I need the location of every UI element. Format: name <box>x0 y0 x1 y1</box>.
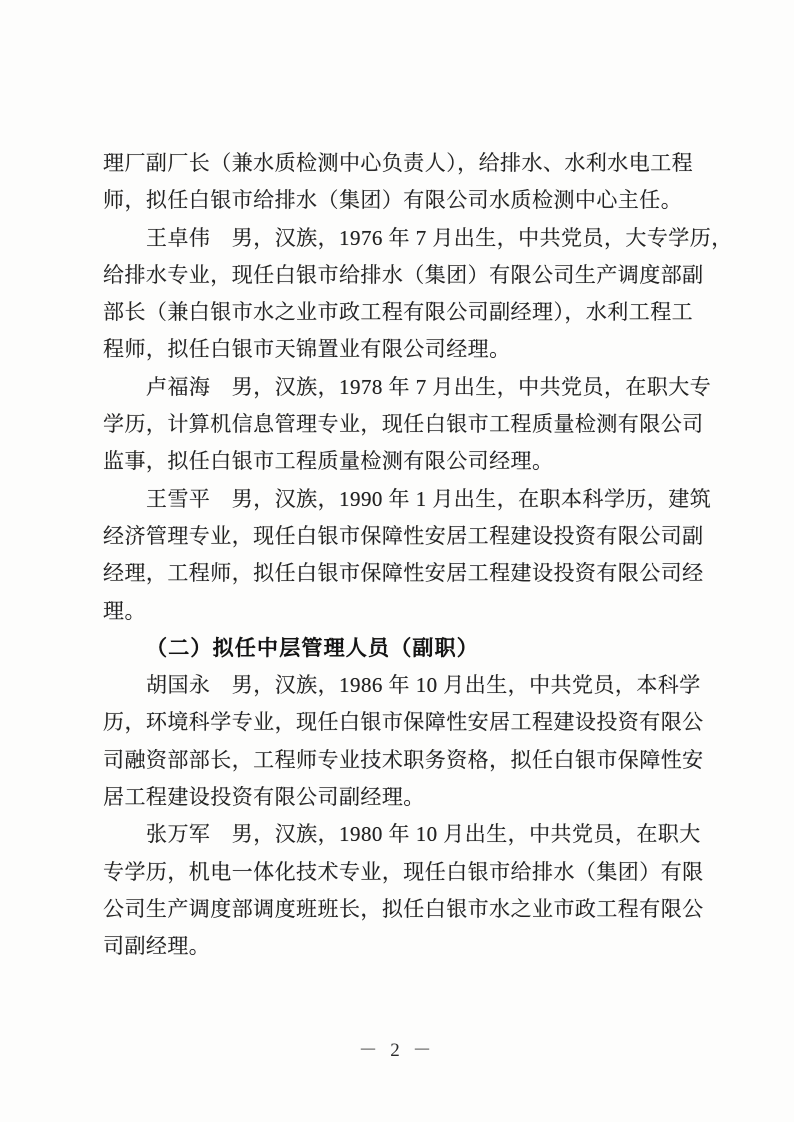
text-line: 监事，拟任白银市工程质量检测有限公司经理。 <box>103 443 713 480</box>
text-line: 王卓伟 男，汉族，1976 年 7 月出生，中共党员，大专学历， <box>103 220 713 257</box>
text-line: 给排水专业，现任白银市给排水（集团）有限公司生产调度部副 <box>103 257 713 294</box>
text-line: 司融资部部长，工程师专业技术职务资格，拟任白银市保障性安 <box>103 742 713 779</box>
text-line: 部长（兼白银市水之业市政工程有限公司副经理），水利工程工 <box>103 294 713 331</box>
text-line: 居工程建设投资有限公司副经理。 <box>103 779 713 816</box>
text-line: 公司生产调度部调度班班长，拟任白银市水之业市政工程有限公 <box>103 891 713 928</box>
text-line: 经济管理专业，现任白银市保障性安居工程建设投资有限公司副 <box>103 518 713 555</box>
text-line: 经理，工程师，拟任白银市保障性安居工程建设投资有限公司经 <box>103 555 713 592</box>
text-line: 理。 <box>103 593 713 630</box>
text-line: 理厂副厂长（兼水质检测中心负责人），给排水、水利水电工程 <box>103 145 713 182</box>
scanned-document-page: 理厂副厂长（兼水质检测中心负责人），给排水、水利水电工程 师，拟任白银市给排水（… <box>0 0 794 1122</box>
text-line: 师，拟任白银市给排水（集团）有限公司水质检测中心主任。 <box>103 182 713 219</box>
text-line: 张万军 男，汉族，1980 年 10 月出生，中共党员，在职大 <box>103 816 713 853</box>
text-line: 历，环境科学专业，现任白银市保障性安居工程建设投资有限公 <box>103 704 713 741</box>
section-heading: （二）拟任中层管理人员（副职） <box>103 630 713 667</box>
text-line: 专学历，机电一体化技术专业，现任白银市给排水（集团）有限 <box>103 854 713 891</box>
text-line: 王雪平 男，汉族，1990 年 1 月出生，在职本科学历，建筑 <box>103 481 713 518</box>
text-line: 程师，拟任白银市天锦置业有限公司经理。 <box>103 331 713 368</box>
text-line: 卢福海 男，汉族，1978 年 7 月出生，中共党员，在职大专 <box>103 369 713 406</box>
text-line: 司副经理。 <box>103 928 713 965</box>
page-number: － 2 － <box>0 1036 794 1066</box>
text-line: 胡国永 男，汉族，1986 年 10 月出生，中共党员，本科学 <box>103 667 713 704</box>
document-text-block: 理厂副厂长（兼水质检测中心负责人），给排水、水利水电工程 师，拟任白银市给排水（… <box>103 145 713 966</box>
text-line: 学历，计算机信息管理专业，现任白银市工程质量检测有限公司 <box>103 406 713 443</box>
